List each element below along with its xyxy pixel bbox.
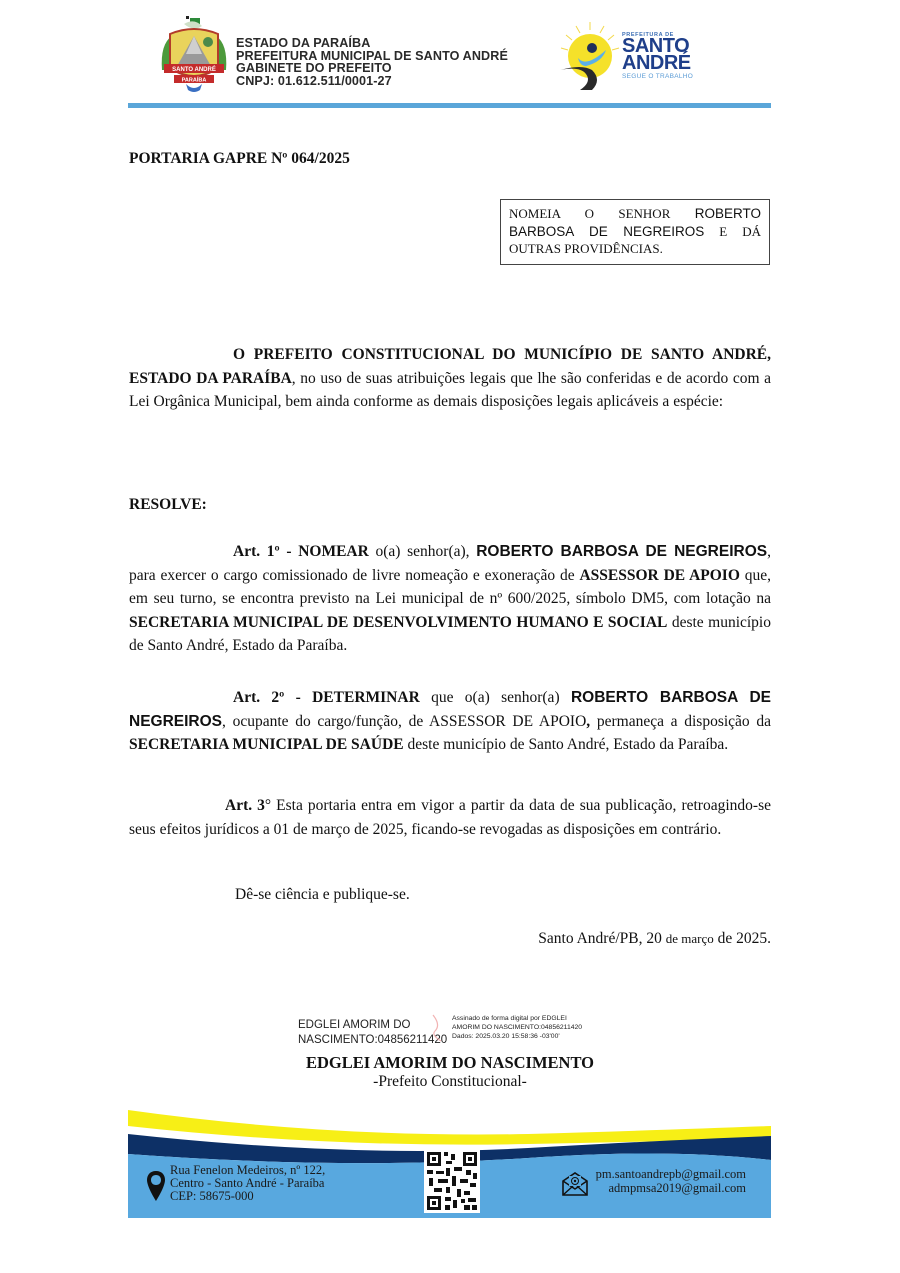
art1-name: ROBERTO BARBOSA DE NEGREIROS <box>476 543 767 560</box>
art1-label: Art. 1º - NOMEAR <box>233 543 369 560</box>
header-divider <box>128 103 771 108</box>
address-cep: CEP: 58675-000 <box>170 1190 325 1203</box>
map-pin-icon <box>146 1170 166 1202</box>
sig-name-line1: EDGLEI AMORIM DO <box>298 1018 447 1033</box>
qr-code-icon[interactable] <box>424 1149 480 1213</box>
date-month: de março <box>666 931 714 946</box>
article-3: Art. 3° Esta portaria entra em vigor a p… <box>129 794 771 841</box>
article-2: Art. 2º - DETERMINAR que o(a) senhor(a) … <box>129 686 771 757</box>
ementa-text: NOMEIA O SENHOR <box>509 206 695 221</box>
footer-address: Rua Fenelon Medeiros, nº 122, Centro - S… <box>170 1164 325 1203</box>
coat-of-arms-icon: SANTO ANDRÉ PARAÍBA <box>156 14 232 94</box>
logo-line2: ANDRÉ <box>622 55 693 72</box>
art1-cargo: ASSESSOR DE APOIO <box>579 567 739 584</box>
date-place: Santo André/PB, 20 <box>538 930 665 947</box>
email-link-primary[interactable]: pm.santoandrepb@gmail.com <box>595 1168 746 1182</box>
logo-slogan: SEGUE O TRABALHO <box>622 73 693 80</box>
art1-text: o(a) senhor(a), <box>369 543 476 560</box>
sig-info-line2: AMORIM DO NASCIMENTO:04856211420 <box>452 1023 582 1032</box>
document-title: PORTARIA GAPRE Nº 064/2025 <box>129 150 350 168</box>
email-envelope-icon <box>561 1172 589 1196</box>
digital-signature-info: Assinado de forma digital por EDGLEI AMO… <box>452 1014 582 1041</box>
art2-text: deste município de Santo André, Estado d… <box>404 736 729 753</box>
art1-secretaria: SECRETARIA MUNICIPAL DE DESENVOLVIMENTO … <box>129 614 667 631</box>
art2-text: , ocupante do cargo/função, de ASSESSOR … <box>222 713 586 730</box>
institution-header: ESTADO DA PARAÍBA PREFEITURA MUNICIPAL D… <box>236 37 508 87</box>
email-link-secondary[interactable]: admpmsa2019@gmail.com <box>595 1182 746 1196</box>
header-gabinete: GABINETE DO PREFEITO <box>236 62 508 75</box>
signature-mark-icon <box>430 1013 444 1043</box>
signer-name: EDGLEI AMORIM DO NASCIMENTO <box>0 1053 900 1073</box>
art2-secretaria: SECRETARIA MUNICIPAL DE SAÚDE <box>129 736 404 753</box>
header-cnpj: CNPJ: 01.612.511/0001-27 <box>236 75 508 88</box>
header-state: ESTADO DA PARAÍBA <box>236 37 508 50</box>
svg-text:PARAÍBA: PARAÍBA <box>182 76 207 84</box>
date-year: de 2025. <box>714 930 771 947</box>
sig-name-line2: NASCIMENTO:04856211420 <box>298 1033 447 1048</box>
sig-info-line3: Dados: 2025.03.20 15:58:36 -03'00' <box>452 1032 582 1041</box>
art2-text: que o(a) senhor(a) <box>420 689 571 706</box>
svg-text:SANTO ANDRÉ: SANTO ANDRÉ <box>172 65 216 73</box>
art2-label: Art. 2º - DETERMINAR <box>233 689 420 706</box>
sig-info-line1: Assinado de forma digital por EDGLEI <box>452 1014 582 1023</box>
place-date: Santo André/PB, 20 de março de 2025. <box>538 930 771 948</box>
footer-emails: pm.santoandrepb@gmail.com admpmsa2019@gm… <box>595 1168 746 1195</box>
sun-road-icon <box>556 20 626 92</box>
santo-andre-wordmark: PREFEITURA DE SANTO ANDRÉ SEGUE O TRABAL… <box>622 32 693 80</box>
signer-role: -Prefeito Constitucional- <box>0 1073 900 1091</box>
art2-text: permaneça a disposição da <box>590 713 771 730</box>
digital-signature-name: EDGLEI AMORIM DO NASCIMENTO:04856211420 <box>298 1018 447 1048</box>
article-1: Art. 1º - NOMEAR o(a) senhor(a), ROBERTO… <box>129 540 771 658</box>
art3-label: Art. 3 <box>225 797 265 814</box>
preamble: O PREFEITO CONSTITUCIONAL DO MUNICÍPIO D… <box>129 343 771 414</box>
resolve-heading: RESOLVE: <box>129 496 207 514</box>
closing-statement: Dê-se ciência e publique-se. <box>235 886 410 904</box>
ementa-box: NOMEIA O SENHOR ROBERTO BARBOSA DE NEGRE… <box>500 199 770 265</box>
